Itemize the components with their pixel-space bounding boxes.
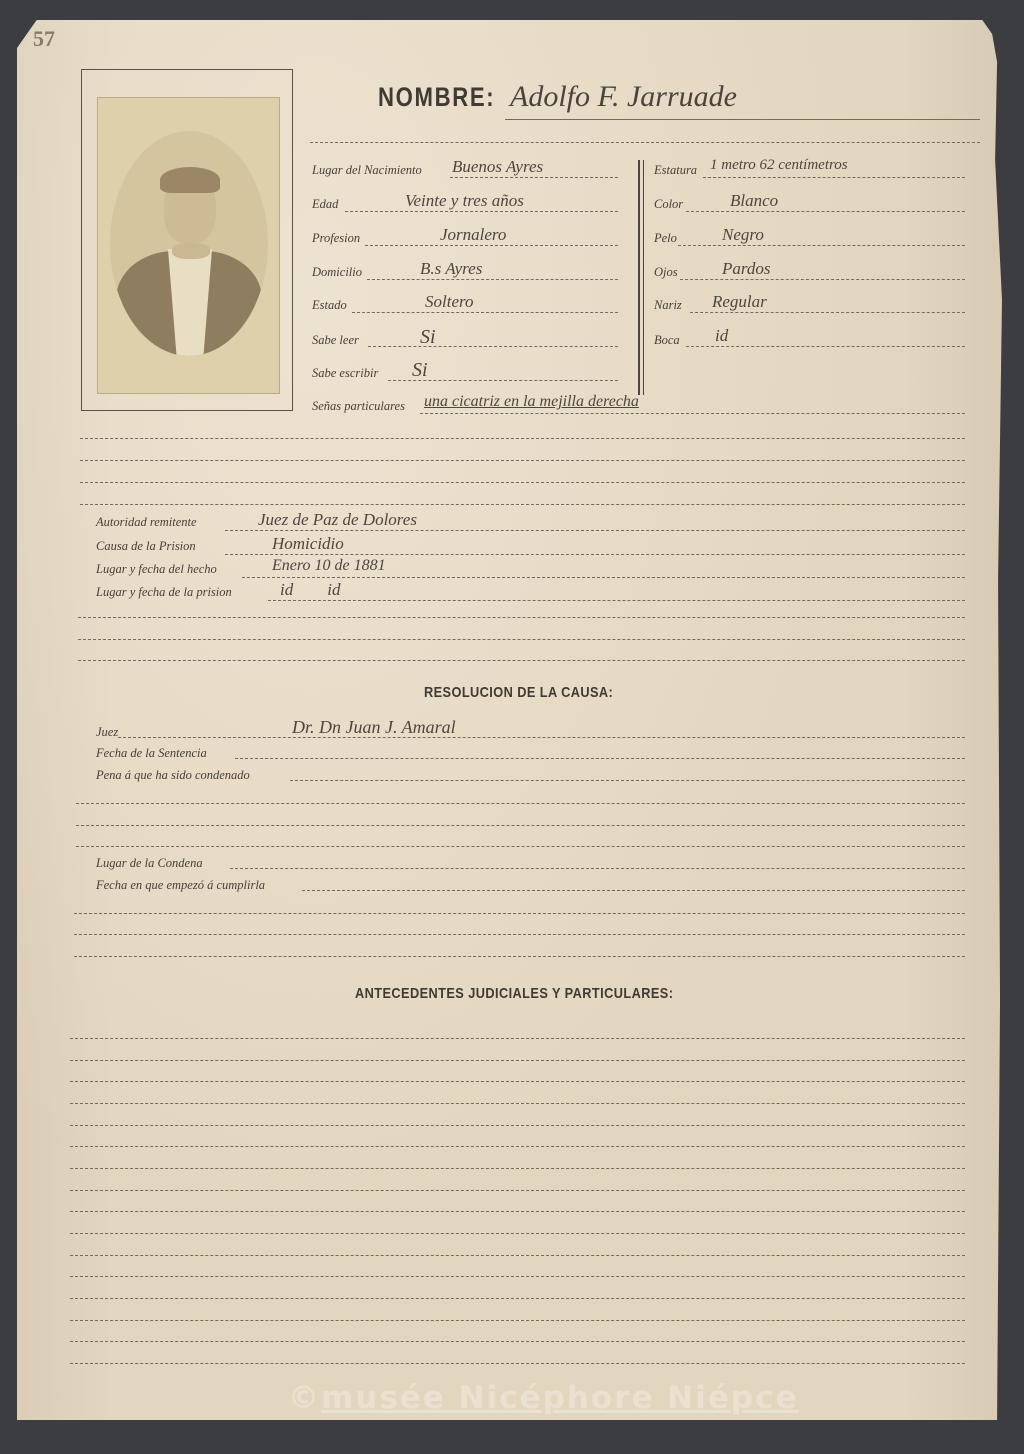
field-rule (368, 346, 618, 347)
top-rule (310, 142, 980, 143)
blank-rule (70, 1255, 965, 1256)
nombre-value: Adolfo F. Jarruade (510, 80, 737, 114)
senas-value: una cicatriz en la mejilla derecha (424, 393, 639, 411)
resolucion-heading: RESOLUCION DE LA CAUSA: (424, 684, 613, 701)
blank-rule (74, 956, 965, 957)
blank-rule (70, 1363, 965, 1364)
portrait-oval (110, 131, 268, 356)
blank-rule (80, 482, 965, 483)
field-rule (703, 177, 965, 178)
field-value: B.s Ayres (420, 259, 482, 279)
field-label: Autoridad remitente (96, 515, 197, 530)
blank-rule (70, 1320, 965, 1321)
field-label: Pelo (654, 231, 677, 246)
blank-rule (70, 1038, 965, 1039)
field-value: Regular (712, 292, 767, 312)
blank-rule (70, 1298, 965, 1299)
field-label: Domicilio (312, 265, 362, 280)
field-rule (450, 177, 618, 178)
blank-rule (76, 825, 965, 826)
antecedentes-heading: ANTECEDENTES JUDICIALES Y PARTICULARES: (355, 985, 673, 1002)
field-label: Ojos (654, 265, 678, 280)
field-rule (225, 530, 965, 531)
blank-rule (78, 639, 965, 640)
field-rule (680, 279, 965, 280)
blank-rule (76, 846, 965, 847)
field-label: Lugar y fecha de la prision (96, 585, 232, 600)
field-rule (352, 312, 618, 313)
field-label: Nariz (654, 298, 682, 313)
field-rule (686, 346, 965, 347)
portrait-photo (97, 97, 280, 394)
blank-rule (70, 1168, 965, 1169)
field-value: Jornalero (440, 225, 506, 245)
field-label: Fecha en que empezó á cumplirla (96, 878, 265, 893)
page-number: 57 (33, 26, 55, 52)
field-rule (230, 868, 965, 869)
field-value: Veinte y tres años (405, 191, 524, 211)
blank-rule (74, 934, 965, 935)
field-rule (235, 758, 965, 759)
field-rule (365, 245, 618, 246)
portrait-bowtie (172, 243, 210, 259)
blank-rule (78, 617, 965, 618)
field-rule (268, 600, 965, 601)
watermark-text: musée Nicéphore Niépce (321, 1380, 799, 1416)
field-label: Pena á que ha sido condenado (96, 768, 250, 783)
blank-rule (70, 1190, 965, 1191)
field-value: Negro (722, 225, 764, 245)
field-rule (388, 380, 618, 381)
nombre-rule (505, 119, 980, 120)
column-divider (643, 160, 644, 395)
field-rule (686, 211, 965, 212)
blank-rule (70, 1233, 965, 1234)
field-value: Juez de Paz de Dolores (258, 510, 417, 530)
field-rule (678, 245, 965, 246)
field-label: Estatura (654, 163, 697, 178)
field-rule (690, 312, 965, 313)
copyright-icon: © (288, 1380, 321, 1416)
blank-rule (70, 1125, 965, 1126)
blank-rule (70, 1276, 965, 1277)
field-label: Edad (312, 197, 338, 212)
field-label: Lugar del Nacimiento (312, 163, 422, 178)
field-rule (367, 279, 618, 280)
nombre-label: NOMBRE: (378, 82, 495, 113)
field-rule (302, 890, 965, 891)
blank-rule (78, 660, 965, 661)
blank-rule (80, 504, 965, 505)
field-label: Fecha de la Sentencia (96, 746, 207, 761)
blank-rule (76, 803, 965, 804)
field-label: Sabe leer (312, 333, 359, 348)
field-rule (118, 737, 965, 738)
blank-rule (74, 913, 965, 914)
blank-rule (80, 460, 965, 461)
senas-label: Señas particulares (312, 399, 405, 414)
field-value: Dr. Dn Juan J. Amaral (292, 717, 456, 738)
blank-rule (70, 1211, 965, 1212)
field-rule (345, 211, 618, 212)
field-value: Homicidio (272, 534, 344, 554)
blank-rule (80, 438, 965, 439)
field-label: Profesion (312, 231, 360, 246)
field-label: Juez (96, 725, 118, 740)
blank-rule (70, 1060, 965, 1061)
field-value: Blanco (730, 191, 778, 211)
blank-rule (70, 1341, 965, 1342)
field-value: Pardos (722, 259, 771, 279)
field-value: 1 metro 62 centímetros (710, 157, 848, 174)
field-rule (290, 780, 965, 781)
field-value: id id (280, 580, 340, 600)
blank-rule (70, 1103, 965, 1104)
blank-rule (70, 1146, 965, 1147)
field-label: Sabe escribir (312, 366, 378, 381)
field-value: Enero 10 de 1881 (272, 557, 386, 575)
field-rule (420, 413, 965, 414)
field-label: Lugar de la Condena (96, 856, 203, 871)
watermark: ©musée Nicéphore Niépce (288, 1380, 799, 1416)
field-value: Si (412, 359, 428, 382)
field-label: Causa de la Prision (96, 539, 196, 554)
blank-rule (70, 1081, 965, 1082)
field-rule (242, 577, 965, 578)
field-label: Lugar y fecha del hecho (96, 562, 217, 577)
field-value: Buenos Ayres (452, 157, 543, 177)
column-divider (638, 160, 640, 395)
portrait-hair (160, 167, 220, 193)
field-label: Estado (312, 298, 347, 313)
field-label: Boca (654, 333, 680, 348)
field-value: Soltero (425, 292, 473, 312)
field-label: Color (654, 197, 683, 212)
field-value: id (715, 326, 728, 346)
field-rule (225, 554, 965, 555)
